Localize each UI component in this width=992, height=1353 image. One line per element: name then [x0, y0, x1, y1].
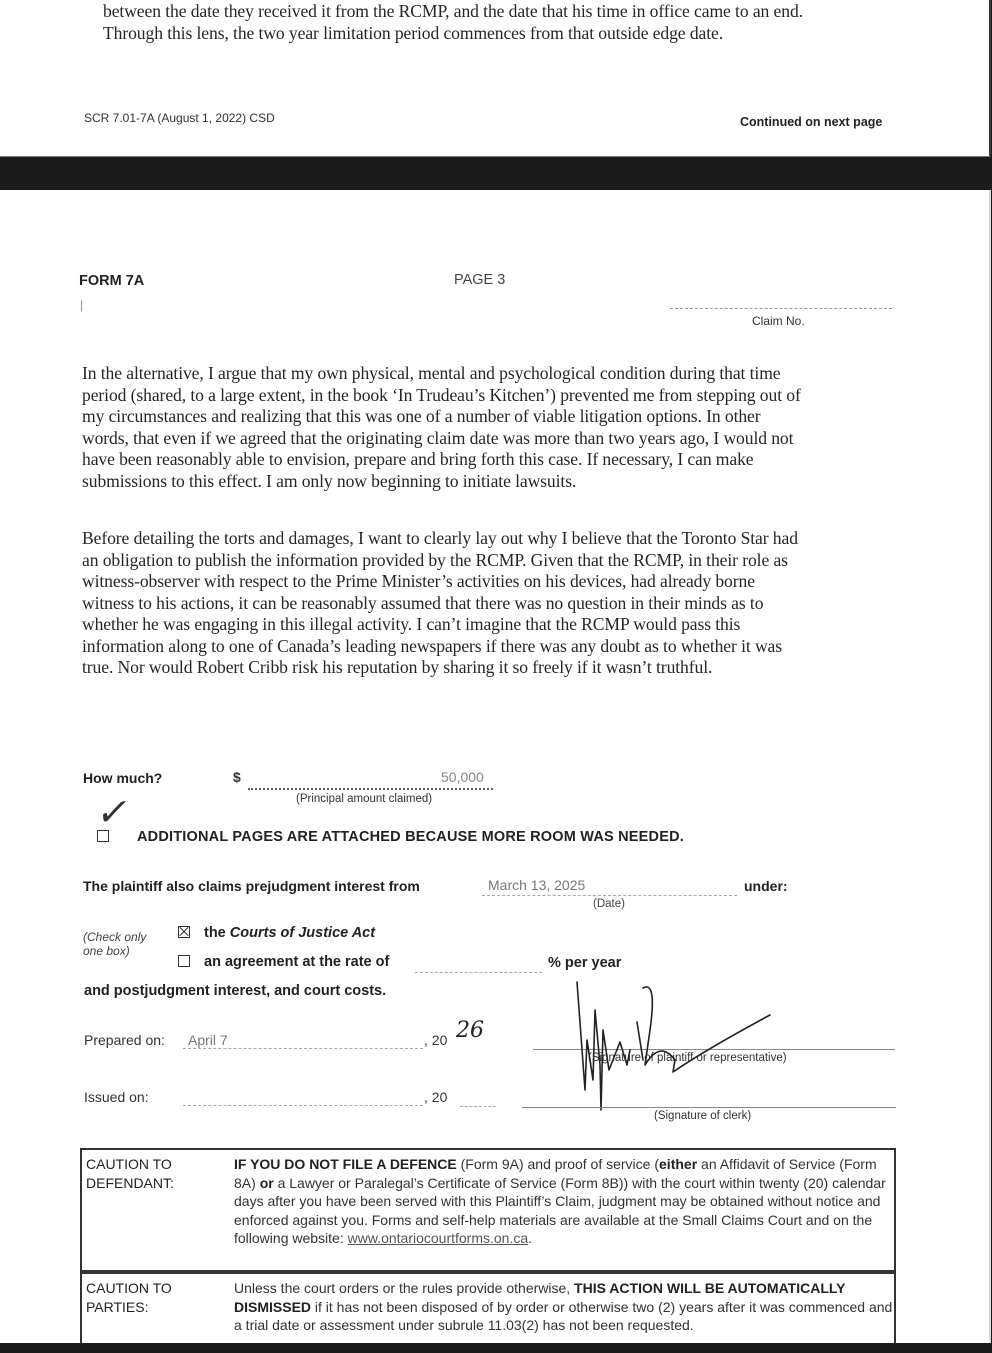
text-line: have been reasonably able to envision, p…	[82, 449, 902, 471]
caution-heading: CAUTION TO DEFENDANT:	[86, 1155, 174, 1192]
claim-number-label: Claim No.	[752, 314, 805, 328]
clerk-signature-field[interactable]	[522, 1107, 896, 1108]
principal-amount-caption: (Principal amount claimed)	[296, 793, 432, 805]
page-number: PAGE 3	[454, 272, 505, 288]
check-only-note: (Check only one box)	[83, 930, 146, 958]
courts-of-justice-act-checkbox[interactable]	[178, 926, 190, 938]
bottom-edge-bar	[0, 1343, 992, 1353]
handwritten-signature-icon	[565, 970, 795, 1120]
prejudgment-date-field[interactable]	[482, 895, 737, 896]
prejudgment-label: The plaintiff also claims prejudgment in…	[83, 878, 420, 894]
principal-amount-value: 50,000	[441, 769, 484, 785]
handwritten-check-icon: ✓	[93, 790, 134, 834]
previous-page-fragment: between the date they received it from t…	[0, 0, 991, 157]
text-line: between the date they received it from t…	[103, 0, 903, 22]
claim-number-field[interactable]	[670, 308, 892, 309]
interest-rate-field[interactable]	[415, 972, 542, 973]
caution-text: Unless the court orders or the rules pro…	[234, 1279, 894, 1335]
form-label: FORM 7A	[79, 273, 144, 289]
text-line: an obligation to publish the information…	[82, 550, 902, 572]
issued-on-date-field[interactable]	[183, 1105, 423, 1106]
body-text: if it has not been disposed of by order …	[234, 1299, 892, 1334]
paragraph-obligation-to-publish: Before detailing the torts and damages, …	[82, 528, 902, 679]
prepared-year-handwritten: 26	[456, 1018, 484, 1043]
text-line: submissions to this effect. I am only no…	[82, 471, 902, 493]
clerk-signature-caption: (Signature of clerk)	[654, 1110, 751, 1122]
postjudgment-label: and postjudgment interest, and court cos…	[84, 983, 386, 999]
additional-pages-label: ADDITIONAL PAGES ARE ATTACHED BECAUSE MO…	[137, 829, 684, 845]
option-prefix: the	[204, 925, 230, 941]
form-page-3: FORM 7A PAGE 3 | Claim No. In the altern…	[0, 190, 991, 1353]
prepared-on-date-field[interactable]	[183, 1048, 423, 1049]
body-text: Unless the court orders or the rules pro…	[234, 1280, 574, 1296]
text-line: period (shared, to a large extent, in th…	[82, 385, 902, 407]
paragraph-alternative-argument: In the alternative, I argue that my own …	[82, 363, 902, 492]
act-name: Courts of Justice Act	[230, 925, 375, 941]
principal-amount-field[interactable]	[248, 788, 493, 790]
prepared-on-date-value: April 7	[188, 1032, 228, 1048]
body-text: .	[528, 1230, 532, 1246]
bold-text: or	[260, 1175, 274, 1191]
text-line: information along to one of Canada’s lea…	[82, 636, 902, 658]
text-line: Through this lens, the two year limitati…	[103, 22, 903, 44]
text-line: witness to his actions, it can be reason…	[82, 593, 902, 615]
continued-note: Continued on next page	[740, 115, 882, 129]
form-version-footer: SCR 7.01-7A (August 1, 2022) CSD	[84, 111, 275, 125]
court-forms-link[interactable]: www.ontariocourtforms.on.ca	[348, 1230, 529, 1246]
text-line: words, that even if we agreed that the o…	[82, 428, 902, 450]
agreement-rate-checkbox[interactable]	[178, 955, 190, 967]
under-label: under:	[744, 878, 788, 894]
text-line: my circumstances and realizing that this…	[82, 406, 902, 428]
prejudgment-date-value: March 13, 2025	[488, 877, 585, 893]
per-year-label: % per year	[548, 955, 621, 971]
prepared-year-prefix: , 20	[424, 1032, 447, 1048]
caution-to-parties-box: CAUTION TO PARTIES: Unless the court ord…	[80, 1272, 896, 1353]
agreement-rate-label: an agreement at the rate of	[204, 954, 389, 970]
issued-year-prefix: , 20	[424, 1089, 447, 1105]
courts-of-justice-act-label: the Courts of Justice Act	[204, 925, 375, 941]
issued-on-label: Issued on:	[84, 1089, 149, 1105]
body-text: a Lawyer or Paralegal’s Certificate of S…	[234, 1175, 886, 1247]
text-line: true. Nor would Robert Cribb risk his re…	[82, 657, 902, 679]
caution-text: IF YOU DO NOT FILE A DEFENCE (Form 9A) a…	[234, 1155, 894, 1248]
currency-symbol: $	[233, 769, 241, 785]
previous-page-text: between the date they received it from t…	[103, 0, 903, 44]
text-line: Before detailing the torts and damages, …	[82, 528, 902, 550]
text-line: witness-observer with respect to the Pri…	[82, 571, 902, 593]
body-text: (Form 9A) and proof of service (	[457, 1156, 659, 1172]
bold-text: either	[659, 1156, 697, 1172]
text-line: whether he was engaging in this illegal …	[82, 614, 902, 636]
additional-pages-checkbox[interactable]	[97, 830, 109, 842]
text-line: In the alternative, I argue that my own …	[82, 363, 902, 385]
how-much-label: How much?	[83, 770, 162, 786]
prepared-on-label: Prepared on:	[84, 1032, 165, 1048]
caution-heading: CAUTION TO PARTIES:	[86, 1279, 172, 1316]
bold-text: IF YOU DO NOT FILE A DEFENCE	[234, 1156, 457, 1172]
scan-mark: |	[80, 298, 83, 312]
date-caption: (Date)	[593, 898, 625, 910]
issued-year-field[interactable]	[460, 1106, 496, 1107]
caution-to-defendant-box: CAUTION TO DEFENDANT: IF YOU DO NOT FILE…	[80, 1148, 896, 1272]
